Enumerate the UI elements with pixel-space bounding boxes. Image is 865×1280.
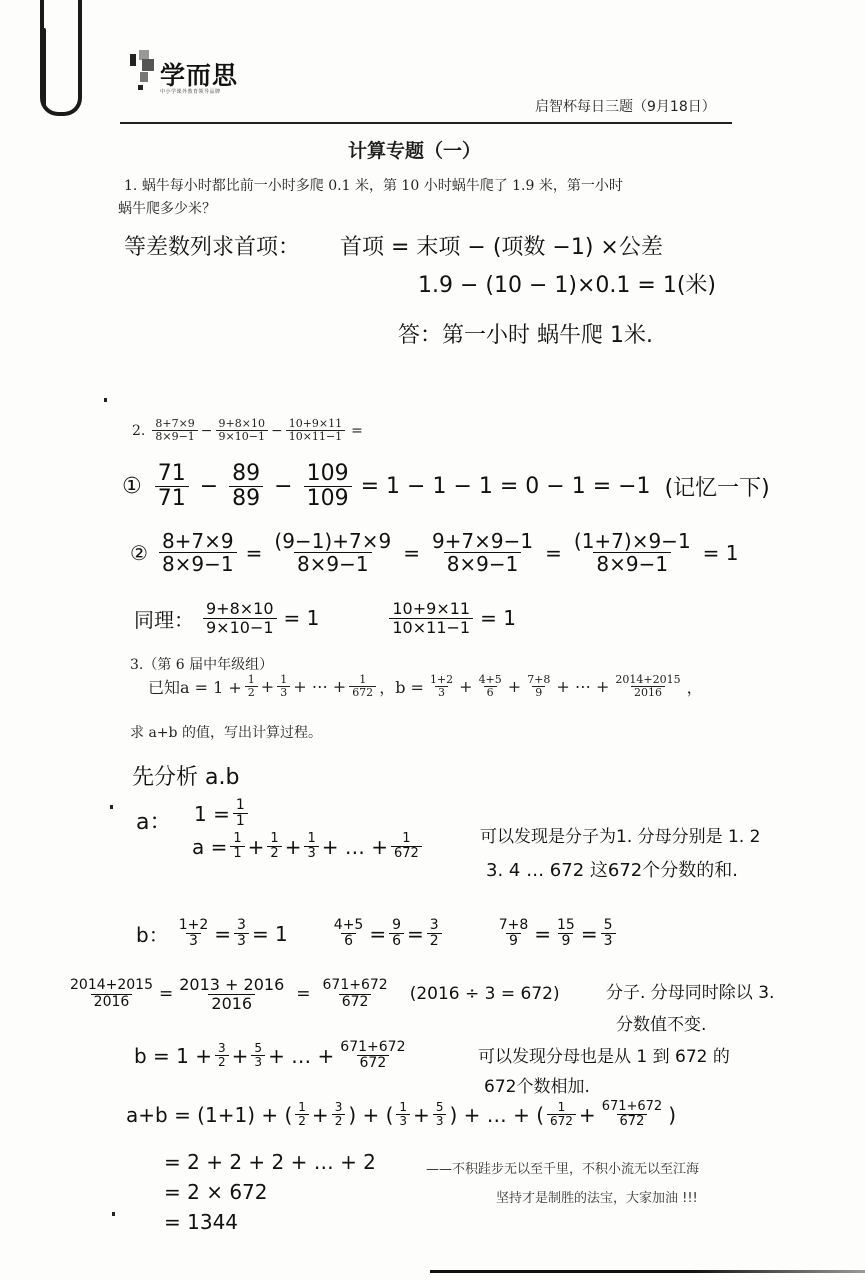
p3-step-1: = 2 + 2 + 2 + … + 2 bbox=[164, 1150, 376, 1174]
method-marker: ① bbox=[122, 474, 142, 499]
p2-method-1: ① 7171 − 8989 − 109109 = 1 − 1 − 1 = 0 −… bbox=[122, 462, 770, 511]
problem-number: 1. bbox=[124, 178, 137, 194]
binder-clip-inner bbox=[42, 28, 46, 106]
fraction: 53 bbox=[433, 1101, 447, 1128]
fraction: 109109 bbox=[304, 462, 352, 511]
scan-speck bbox=[110, 805, 113, 809]
ellipsis: + ⋯ + bbox=[556, 677, 609, 696]
header-rule bbox=[120, 122, 732, 124]
ellipsis: + ⋯ + bbox=[293, 677, 346, 696]
method-marker: ② bbox=[130, 541, 148, 565]
p3-a-note-line2: 3. 4 … 672 这672个分数的和. bbox=[486, 856, 738, 882]
similar-result: = 1 bbox=[284, 606, 320, 630]
p1-calculation: 1.9 − (10 − 1)×0.1 = 1(米) bbox=[418, 268, 716, 299]
fraction: 12 bbox=[295, 1101, 309, 1128]
method-1-result: = 1 − 1 − 1 = 0 − 1 = −1 bbox=[361, 474, 651, 499]
similarly-label: 同理： bbox=[134, 604, 194, 633]
scan-speck bbox=[104, 398, 107, 402]
fraction: 10+9×1110×11−1 bbox=[286, 418, 345, 443]
fraction: 4+56 bbox=[476, 674, 505, 699]
fraction: 2013 + 20162016 bbox=[176, 976, 287, 1012]
fraction: 13 bbox=[277, 674, 290, 699]
fraction: (1+7)×9−18×9−1 bbox=[571, 530, 694, 575]
scan-speck bbox=[112, 1212, 115, 1216]
problem-1-text: 1. 蜗牛每小时都比前一小时多爬 0.1 米，第 10 小时蜗牛爬了 1.9 米… bbox=[124, 175, 623, 195]
fraction: 671+672672 bbox=[320, 978, 391, 1010]
a-line2-prefix: a = bbox=[192, 835, 227, 859]
fraction: 671+672672 bbox=[599, 1100, 666, 1130]
fraction: 96 bbox=[389, 918, 404, 950]
logo-text: 学而思 bbox=[160, 56, 238, 92]
p3-intro: 先分析 a.b bbox=[132, 760, 239, 791]
b-prefix: ，b = bbox=[379, 675, 424, 698]
fraction: 1+23 bbox=[427, 674, 456, 699]
p3-general-comment-line1: 分子. 分母同时除以 3. bbox=[606, 978, 774, 1003]
p3-a-line2: a = 11 + 12 + 13 + … + 1672 bbox=[192, 832, 425, 862]
p2-similarly: 同理： 9+8×109×10−1 = 1 10+9×1110×11−1 = 1 bbox=[134, 600, 516, 636]
fraction: (9−1)+7×98×9−1 bbox=[271, 530, 394, 575]
fraction: 12 bbox=[267, 832, 281, 862]
problem-number: 3. bbox=[130, 657, 143, 673]
sum-prefix: a+b = (1+1) + ( bbox=[126, 1103, 292, 1127]
general-note: (2016 ÷ 3 = 672) bbox=[410, 984, 560, 1004]
problem-source: （第 6 届中年级组） bbox=[143, 657, 273, 673]
fraction: 53 bbox=[251, 1042, 265, 1069]
p1-solution-label: 等差数列求首项： bbox=[124, 230, 300, 261]
fraction: 9+7×9−18×9−1 bbox=[429, 530, 536, 575]
p3-b-terms: b： 1+23 = 33 = 1 4+56 = 96 = 32 7+89 = 1… bbox=[136, 918, 619, 950]
problem-3-question: 求 a+b 的值，写出计算过程。 bbox=[130, 722, 322, 742]
fraction: 9+8×109×10−1 bbox=[216, 418, 268, 443]
motto-line2: 坚持才是制胜的法宝，大家加油 !!! bbox=[496, 1187, 698, 1206]
fraction: 2014+20152016 bbox=[612, 674, 683, 699]
method-1-note: (记忆一下) bbox=[665, 471, 770, 502]
logo-mark-icon bbox=[130, 50, 156, 94]
similar-result: = 1 bbox=[480, 606, 516, 630]
p3-a-plus-b: a+b = (1+1) + ( 12 + 32 ) + ( 13 + 53 ) … bbox=[126, 1100, 676, 1130]
p1-formula: 首项 = 末项 − (项数 −1) ×公差 bbox=[340, 230, 663, 261]
fraction: 159 bbox=[554, 918, 578, 950]
a-line1-text: 1 = bbox=[194, 802, 230, 826]
fraction: 9+8×109×10−1 bbox=[203, 600, 277, 636]
series-label: 启智杯每日三题（9月18日） bbox=[535, 96, 716, 116]
p2-method-2: ② 8+7×98×9−1 = (9−1)+7×98×9−1 = 9+7×9−18… bbox=[130, 530, 739, 575]
b-sum-prefix: b = 1 + bbox=[134, 1044, 212, 1068]
p3-b-note-line2: 672个数相加. bbox=[484, 1072, 590, 1097]
p3-general-term: 2014+20152016 = 2013 + 20162016 = 671+67… bbox=[64, 976, 560, 1012]
fraction: 7+89 bbox=[496, 918, 532, 950]
fraction: 4+56 bbox=[331, 918, 367, 950]
fraction: 32 bbox=[215, 1042, 229, 1069]
binder-clip bbox=[40, 0, 82, 116]
b-label: b： bbox=[136, 919, 169, 948]
motto-line1: ——不积跬步无以至千里，不积小流无以至江海 bbox=[426, 1158, 699, 1177]
fraction: 12 bbox=[245, 674, 258, 699]
page-bottom-edge bbox=[430, 1270, 865, 1273]
fraction: 10+9×1110×11−1 bbox=[389, 600, 473, 636]
fraction: 671+672672 bbox=[337, 1040, 408, 1072]
p3-a-label: a： bbox=[136, 805, 171, 836]
fraction: 33 bbox=[234, 918, 249, 950]
fraction: 1672 bbox=[349, 674, 376, 699]
page-title: 计算专题（一） bbox=[348, 136, 481, 163]
given-prefix: 已知a = 1 + bbox=[148, 675, 242, 698]
p3-general-comment-line2: 分数值不变. bbox=[616, 1010, 706, 1035]
problem-1-line2: 蜗牛爬多少米？ bbox=[118, 198, 216, 218]
fraction: 7+89 bbox=[524, 674, 553, 699]
p3-b-note-line1: 可以发现分母也是从 1 到 672 的 bbox=[478, 1042, 730, 1067]
fraction: 11 bbox=[233, 798, 248, 830]
fraction: 8989 bbox=[229, 462, 263, 511]
p3-a-line1: 1 = 11 bbox=[194, 798, 251, 830]
fraction: 11 bbox=[230, 832, 244, 862]
problem-2-expression: 2. 8+7×98×9−1 − 9+8×109×10−1 − 10+9×1110… bbox=[132, 418, 363, 443]
fraction: 53 bbox=[601, 918, 616, 950]
fraction: 1672 bbox=[547, 1101, 576, 1128]
fraction: 8+7×98×9−1 bbox=[152, 418, 197, 443]
fraction: 1+23 bbox=[176, 918, 212, 950]
fraction: 32 bbox=[332, 1101, 346, 1128]
p3-b-sum: b = 1 + 32 + 53 + … + 671+672672 bbox=[134, 1040, 411, 1072]
p1-answer: 答：第一小时 蜗牛爬 1米. bbox=[398, 318, 653, 349]
fraction: 1672 bbox=[391, 832, 422, 862]
p3-step-3: = 1344 bbox=[164, 1210, 238, 1234]
fraction: 32 bbox=[427, 918, 442, 950]
fraction: 8+7×98×9−1 bbox=[159, 530, 237, 575]
fraction: 13 bbox=[396, 1101, 410, 1128]
b-term-final: = 1 bbox=[252, 922, 288, 946]
fraction: 7171 bbox=[155, 462, 189, 511]
problem-number: 2. bbox=[132, 423, 145, 439]
fraction: 2014+20152016 bbox=[67, 978, 156, 1010]
p3-step-2: = 2 × 672 bbox=[164, 1180, 268, 1204]
p3-a-note-line1: 可以发现是分子为1. 分母分别是 1. 2 bbox=[480, 822, 760, 847]
problem-1-line1: 蜗牛每小时都比前一小时多爬 0.1 米，第 10 小时蜗牛爬了 1.9 米，第一… bbox=[142, 178, 623, 194]
problem-3-given: 已知a = 1 + 12 + 13 + ⋯ + 1672 ，b = 1+23 +… bbox=[148, 674, 703, 699]
method-2-result: = 1 bbox=[703, 541, 739, 565]
logo-subtitle: 中小学课外教育领导品牌 bbox=[160, 88, 221, 95]
problem-3-source: 3.（第 6 届中年级组） bbox=[130, 654, 273, 674]
fraction: 13 bbox=[304, 832, 318, 862]
